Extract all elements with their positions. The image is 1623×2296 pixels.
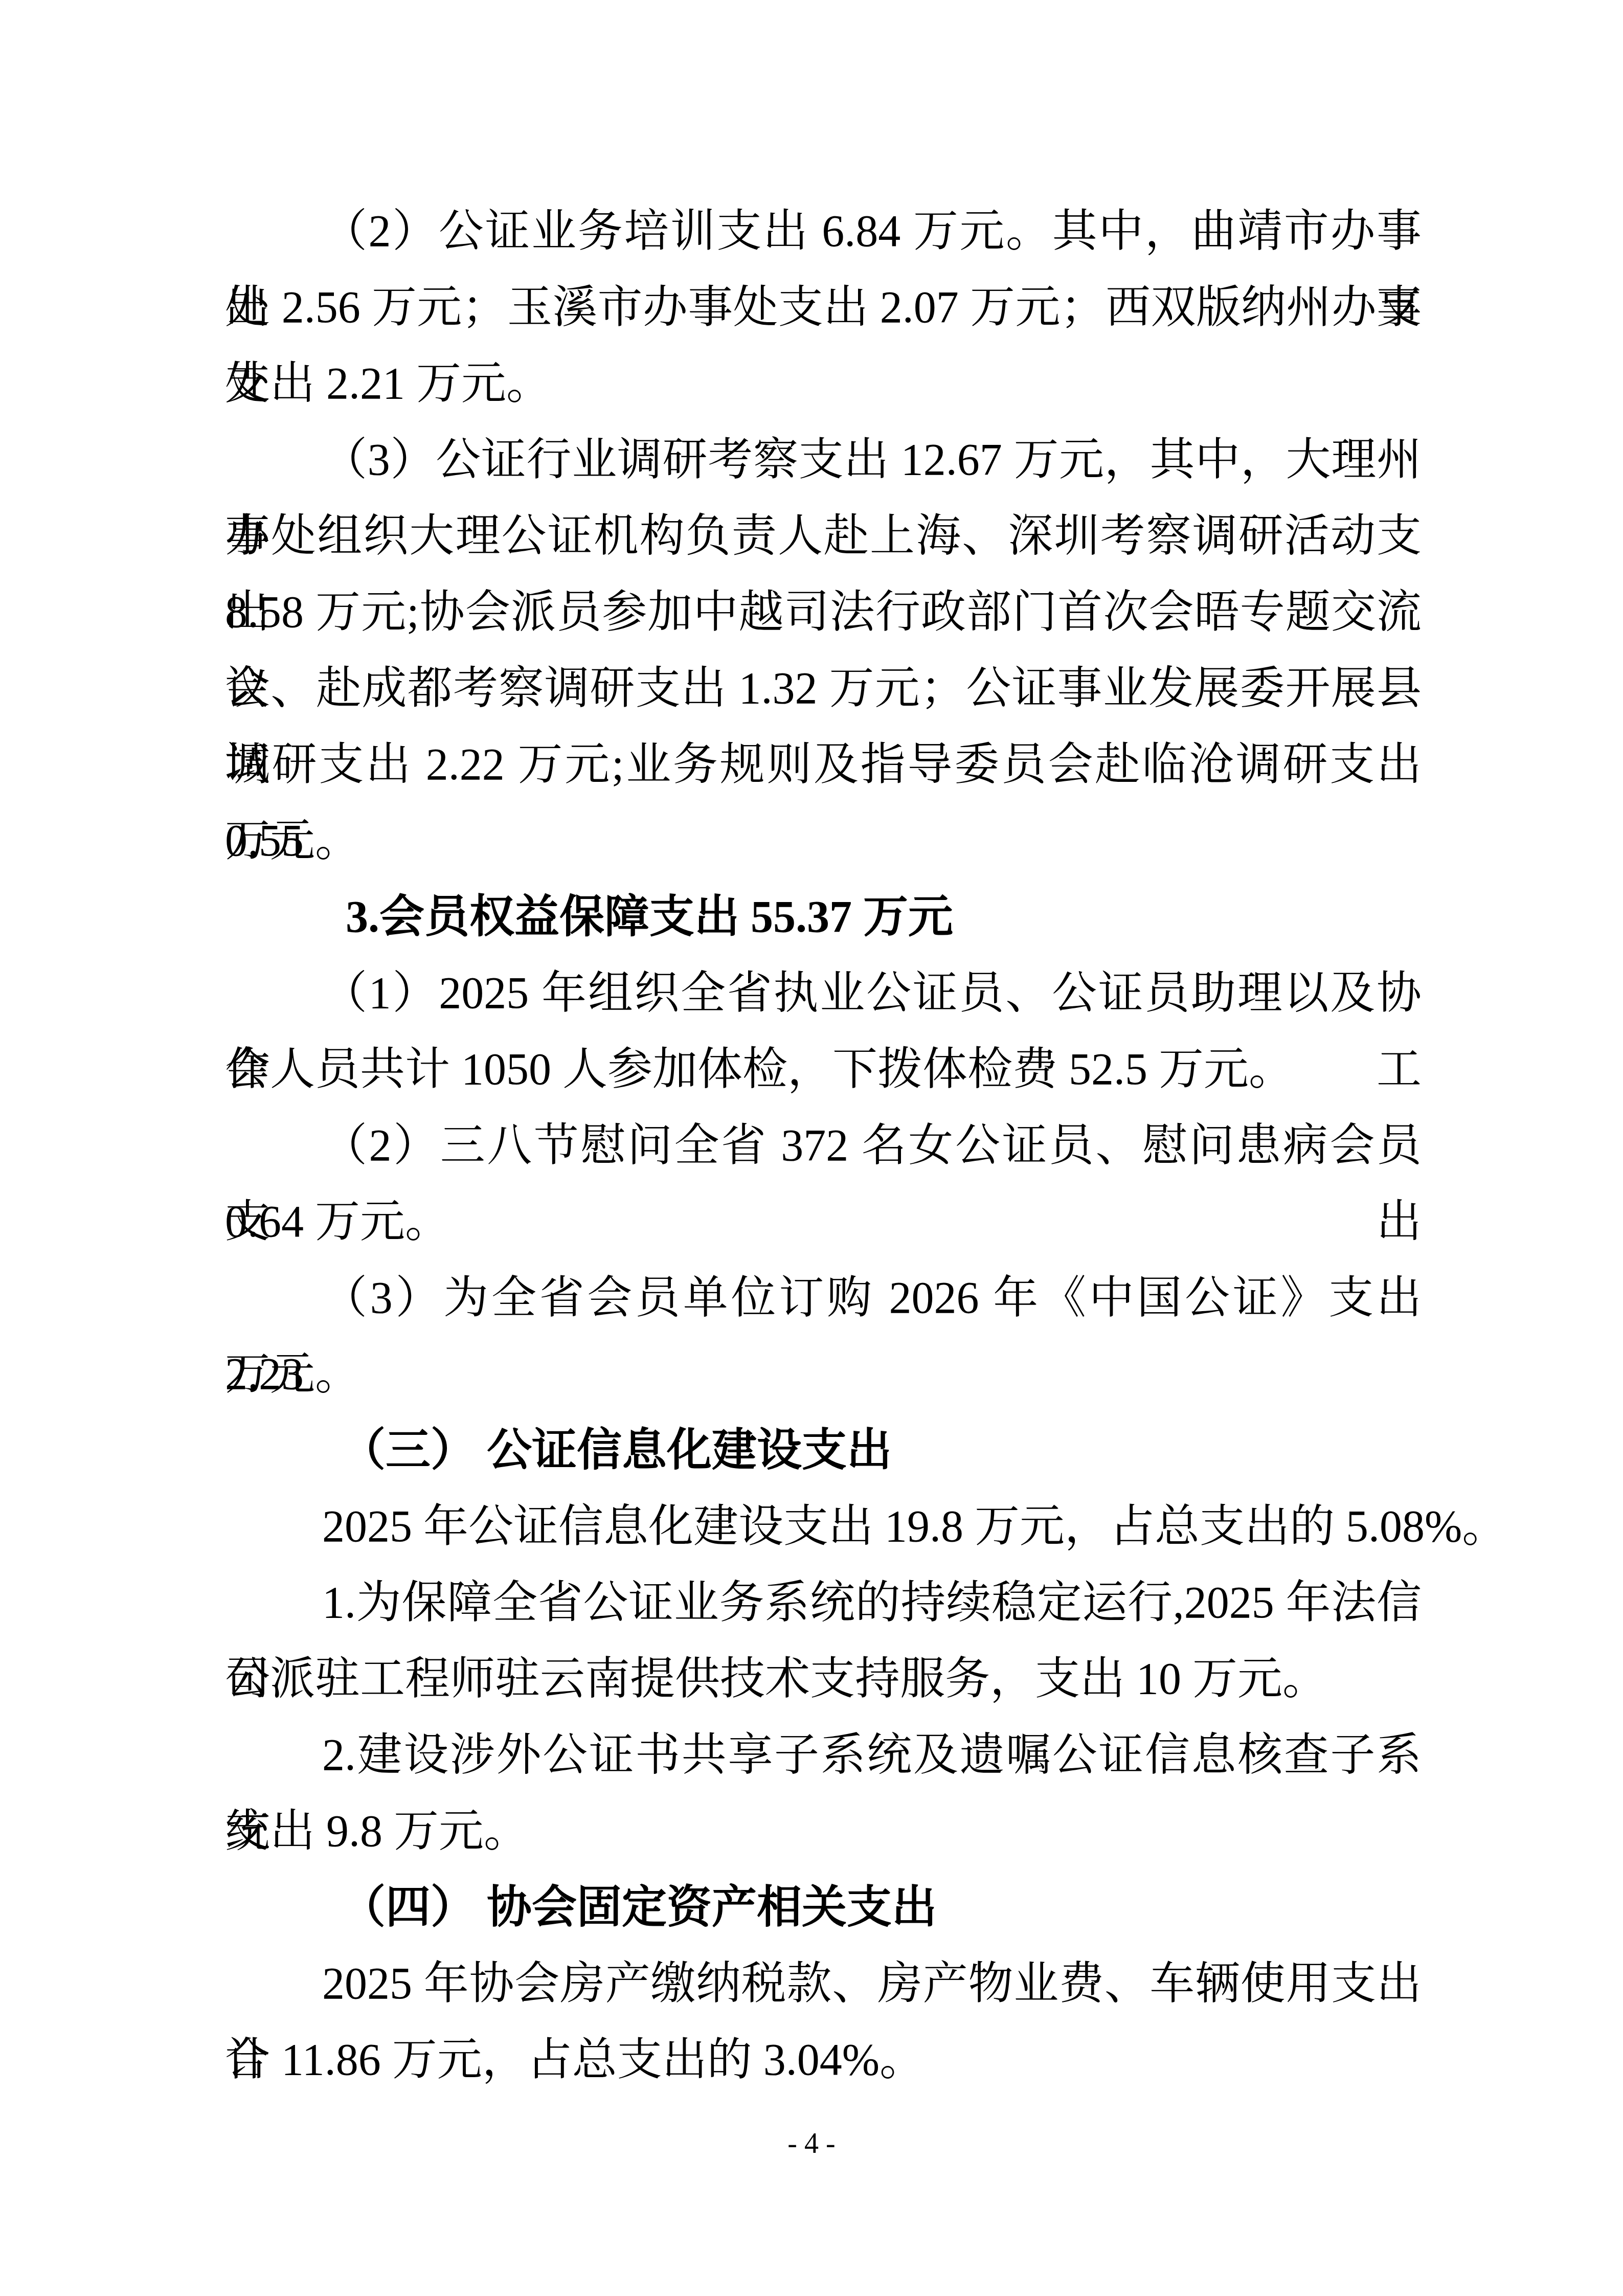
text-line: （1）2025 年组织全省执业公证员、公证员助理以及协会工: [225, 955, 1422, 1031]
text-line: 2025 年协会房产缴纳税款、房产物业费、车辆使用支出合: [225, 1946, 1422, 2022]
text-line: （3）为全省会员单位订购 2026 年《中国公证》支出 2.23: [225, 1260, 1422, 1336]
text-line: 万元。: [225, 803, 1422, 879]
document-page: （2）公证业务培训支出 6.84 万元。其中，曲靖市办事处支出 2.56 万元；…: [0, 0, 1623, 2296]
text-line: 调研支出 2.22 万元;业务规则及指导委员会赴临沧调研支出 0.55: [225, 727, 1422, 803]
section-heading: （三） 公证信息化建设支出: [225, 1412, 1422, 1489]
page-number-footer: - 4 -: [0, 2122, 1623, 2165]
text-line: 计 11.86 万元，占总支出的 3.04%。: [225, 2022, 1422, 2098]
text-line: 1.为保障全省公证业务系统的持续稳定运行,2025 年法信公: [225, 1565, 1422, 1641]
text-line: （2）三八节慰问全省 372 名女公证员、慰问患病会员支出: [225, 1108, 1422, 1184]
text-line: 司派驻工程师驻云南提供技术支持服务，支出 10 万元。: [225, 1641, 1422, 1717]
text-line: 议、赴成都考察调研支出 1.32 万元；公证事业发展委开展县域: [225, 650, 1422, 727]
section-heading: 3.会员权益保障支出 55.37 万元: [225, 879, 1422, 955]
text-line: （2）公证业务培训支出 6.84 万元。其中，曲靖市办事处支: [225, 193, 1422, 269]
section-heading: （四） 协会固定资产相关支出: [225, 1870, 1422, 1946]
text-block: （2）公证业务培训支出 6.84 万元。其中，曲靖市办事处支出 2.56 万元；…: [225, 193, 1422, 2098]
text-line: 出 2.56 万元；玉溪市办事处支出 2.07 万元；西双版纳州办事处: [225, 269, 1422, 346]
text-line: 支出 9.8 万元。: [225, 1793, 1422, 1870]
text-line: 2025 年公证信息化建设支出 19.8 万元，占总支出的 5.08%。: [225, 1489, 1422, 1565]
text-line: 支出 2.21 万元。: [225, 346, 1422, 422]
text-line: （3）公证行业调研考察支出 12.67 万元，其中，大理州办: [225, 422, 1422, 498]
text-line: 事处组织大理公证机构负责人赴上海、深圳考察调研活动支出: [225, 498, 1422, 574]
text-line: 2.建设涉外公证书共享子系统及遗嘱公证信息核查子系统: [225, 1717, 1422, 1793]
text-line: 8.58 万元;协会派员参加中越司法行政部门首次会晤专题交流会: [225, 574, 1422, 650]
text-line: 作人员共计 1050 人参加体检，下拨体检费 52.5 万元。: [225, 1031, 1422, 1108]
text-line: 万元。: [225, 1336, 1422, 1412]
